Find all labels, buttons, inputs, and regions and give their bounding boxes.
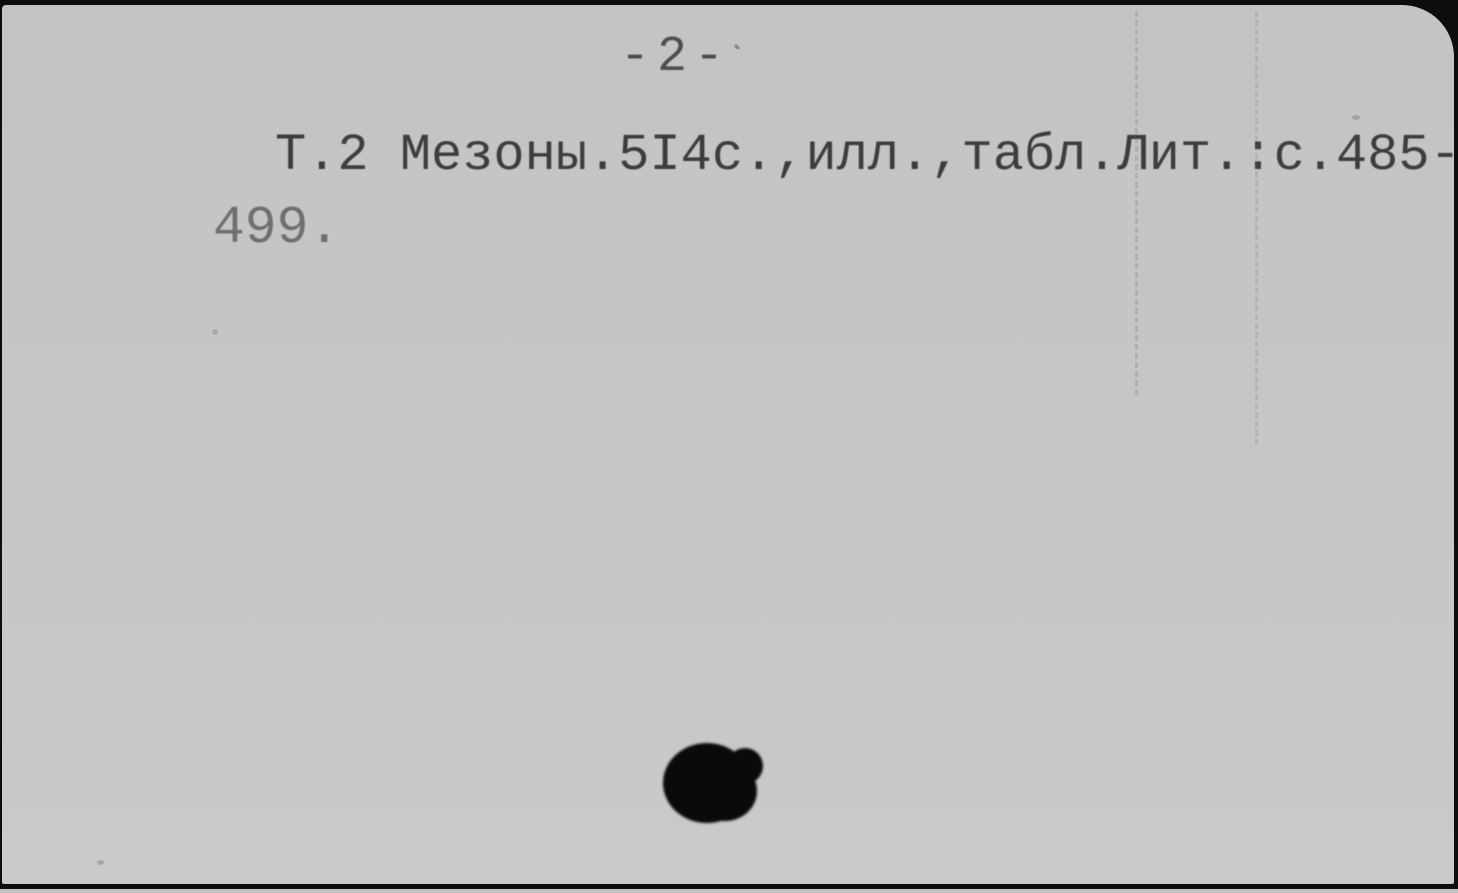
scan-bottom-edge [0, 889, 1458, 893]
scan-speck [97, 860, 104, 865]
vertical-crease-left [1135, 11, 1138, 395]
ink-blot [657, 733, 771, 825]
card-text-line-1: Т.2 Мезоны.5I4с.,илл.,табл.Лит.:с.485- [275, 126, 1454, 185]
vertical-crease-right [1255, 11, 1258, 445]
card-text-line-2: 499. [213, 198, 340, 258]
page-number: -2- [620, 29, 731, 86]
scanned-catalog-card-page: { "document": { "page_number": "-2-", "t… [0, 0, 1458, 893]
catalog-card: -2- Т.2 Мезоны.5I4с.,илл.,табл.Лит.:с.48… [2, 5, 1454, 884]
scan-speck [212, 329, 218, 335]
scan-speck [1352, 115, 1360, 120]
scan-speck [733, 44, 740, 51]
